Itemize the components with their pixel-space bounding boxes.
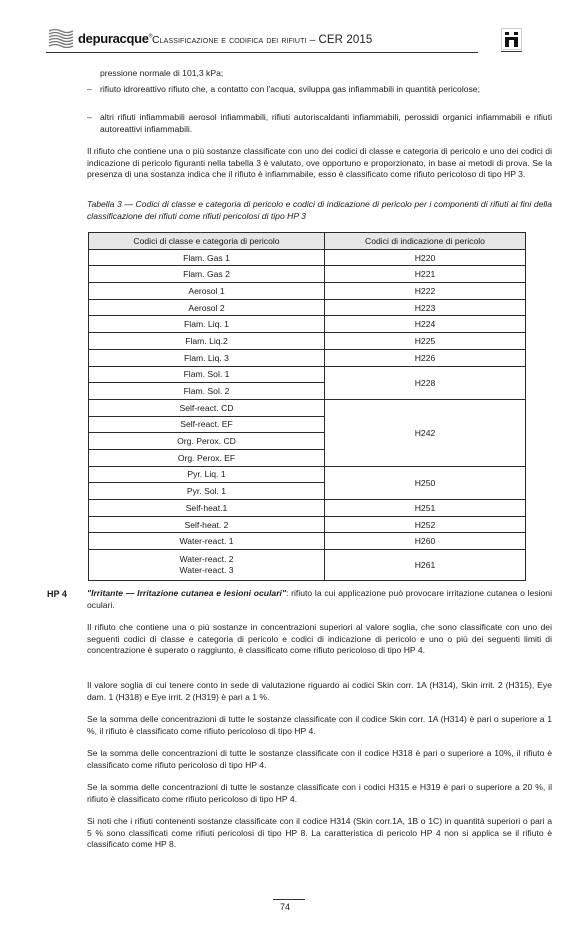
table-row: Self-react. CDH242 xyxy=(89,399,526,416)
hazard-statement-cell: H226 xyxy=(325,349,526,366)
hazard-class-cell: Flam. Liq. 3 xyxy=(89,349,325,366)
hazard-statement-cell: H222 xyxy=(325,283,526,300)
hazard-statement-cell: H261 xyxy=(325,550,526,581)
section-heading: "Irritante — Irritazione cutanea e lesio… xyxy=(87,588,552,611)
hazard-statement-cell: H220 xyxy=(325,249,526,266)
document-title: Classificazione e codifica dei rifiuti –… xyxy=(152,34,372,46)
brand-logo-text: depuracque® xyxy=(78,31,152,46)
paragraph: Se la somma delle concentrazioni di tutt… xyxy=(87,714,552,737)
hazard-class-cell: Flam. Liq.2 xyxy=(89,333,325,350)
hazard-class-cell: Flam. Gas 2 xyxy=(89,266,325,283)
waves-logo-icon xyxy=(48,28,74,48)
hazard-class-cell: Self-heat. 2 xyxy=(89,516,325,533)
hazard-class-cell: Self-heat.1 xyxy=(89,500,325,517)
table-row: Flam. Liq.2H225 xyxy=(89,333,526,350)
column-header: Codici di indicazione di pericolo xyxy=(325,233,526,250)
table-row: Flam. Liq. 1H224 xyxy=(89,316,526,333)
hazard-statement-cell: H225 xyxy=(325,333,526,350)
document-page: depuracque® Classificazione e codifica d… xyxy=(0,0,580,936)
hazard-class-cell: Org. Perox. EF xyxy=(89,449,325,466)
table-row: Water-react. 1H260 xyxy=(89,533,526,550)
hazard-class-cell: Org. Perox. CD xyxy=(89,433,325,450)
table-row: Flam. Liq. 3H226 xyxy=(89,349,526,366)
hazard-class-cell: Pyr. Sol. 1 xyxy=(89,483,325,500)
table-row: Flam. Gas 2H221 xyxy=(89,266,526,283)
table-row: Flam. Gas 1H220 xyxy=(89,249,526,266)
paragraph: Il valore soglia di cui tenere conto in … xyxy=(87,680,552,703)
page-number: 74 xyxy=(280,902,290,912)
page-header: depuracque® Classificazione e codifica d… xyxy=(46,26,478,53)
hazard-statement-cell: H221 xyxy=(325,266,526,283)
table-row: Self-heat.1H251 xyxy=(89,500,526,517)
hazard-class-cell: Self-react. EF xyxy=(89,416,325,433)
hazard-class-cell: Flam. Gas 1 xyxy=(89,249,325,266)
brand-mark-icon xyxy=(501,28,522,50)
hazard-codes-table: Codici di classe e categoria di pericolo… xyxy=(88,232,526,581)
column-header: Codici di classe e categoria di pericolo xyxy=(89,233,325,250)
hazard-class-cell: Self-react. CD xyxy=(89,399,325,416)
hazard-class-cell: Water-react. 2Water-react. 3 xyxy=(89,550,325,581)
hazard-statement-cell: H251 xyxy=(325,500,526,517)
hazard-statement-cell: H224 xyxy=(325,316,526,333)
paragraph: Si noti che i rifiuti contenenti sostanz… xyxy=(87,816,552,851)
hazard-class-cell: Aerosol 2 xyxy=(89,299,325,316)
hazard-statement-cell: H242 xyxy=(325,399,526,466)
table-header-row: Codici di classe e categoria di pericolo… xyxy=(89,233,526,250)
hazard-statement-cell: H223 xyxy=(325,299,526,316)
hazard-statement-cell: H252 xyxy=(325,516,526,533)
paragraph: Se la somma delle concentrazioni di tutt… xyxy=(87,748,552,771)
hazard-class-cell: Pyr. Liq. 1 xyxy=(89,466,325,483)
bullet-item: – rifiuto idroreattivo rifiuto che, a co… xyxy=(87,84,552,96)
table-row: Self-heat. 2H252 xyxy=(89,516,526,533)
hazard-statement-cell: H228 xyxy=(325,366,526,399)
table-row: Water-react. 2Water-react. 3H261 xyxy=(89,550,526,581)
paragraph: Se la somma delle concentrazioni di tutt… xyxy=(87,782,552,805)
paragraph: Il rifiuto che contiene una o più sostan… xyxy=(87,622,552,657)
footer-divider xyxy=(273,899,305,900)
continued-text: pressione normale di 101,3 kPa; xyxy=(100,68,550,80)
bullet-item: – altri rifiuti infiammabili aerosol inf… xyxy=(87,112,552,135)
table-caption: Tabella 3 — Codici di classe e categoria… xyxy=(87,199,552,222)
table-row: Aerosol 1H222 xyxy=(89,283,526,300)
table-row: Pyr. Liq. 1H250 xyxy=(89,466,526,483)
hazard-class-cell: Aerosol 1 xyxy=(89,283,325,300)
hazard-class-cell: Flam. Liq. 1 xyxy=(89,316,325,333)
hazard-statement-cell: H260 xyxy=(325,533,526,550)
hazard-statement-cell: H250 xyxy=(325,466,526,499)
section-label: HP 4 xyxy=(47,589,67,599)
hazard-class-cell: Flam. Sol. 1 xyxy=(89,366,325,383)
table-row: Flam. Sol. 1H228 xyxy=(89,366,526,383)
hazard-class-cell: Flam. Sol. 2 xyxy=(89,383,325,400)
table-row: Aerosol 2H223 xyxy=(89,299,526,316)
paragraph: Il rifiuto che contiene una o più sostan… xyxy=(87,146,552,181)
hazard-class-cell: Water-react. 1 xyxy=(89,533,325,550)
